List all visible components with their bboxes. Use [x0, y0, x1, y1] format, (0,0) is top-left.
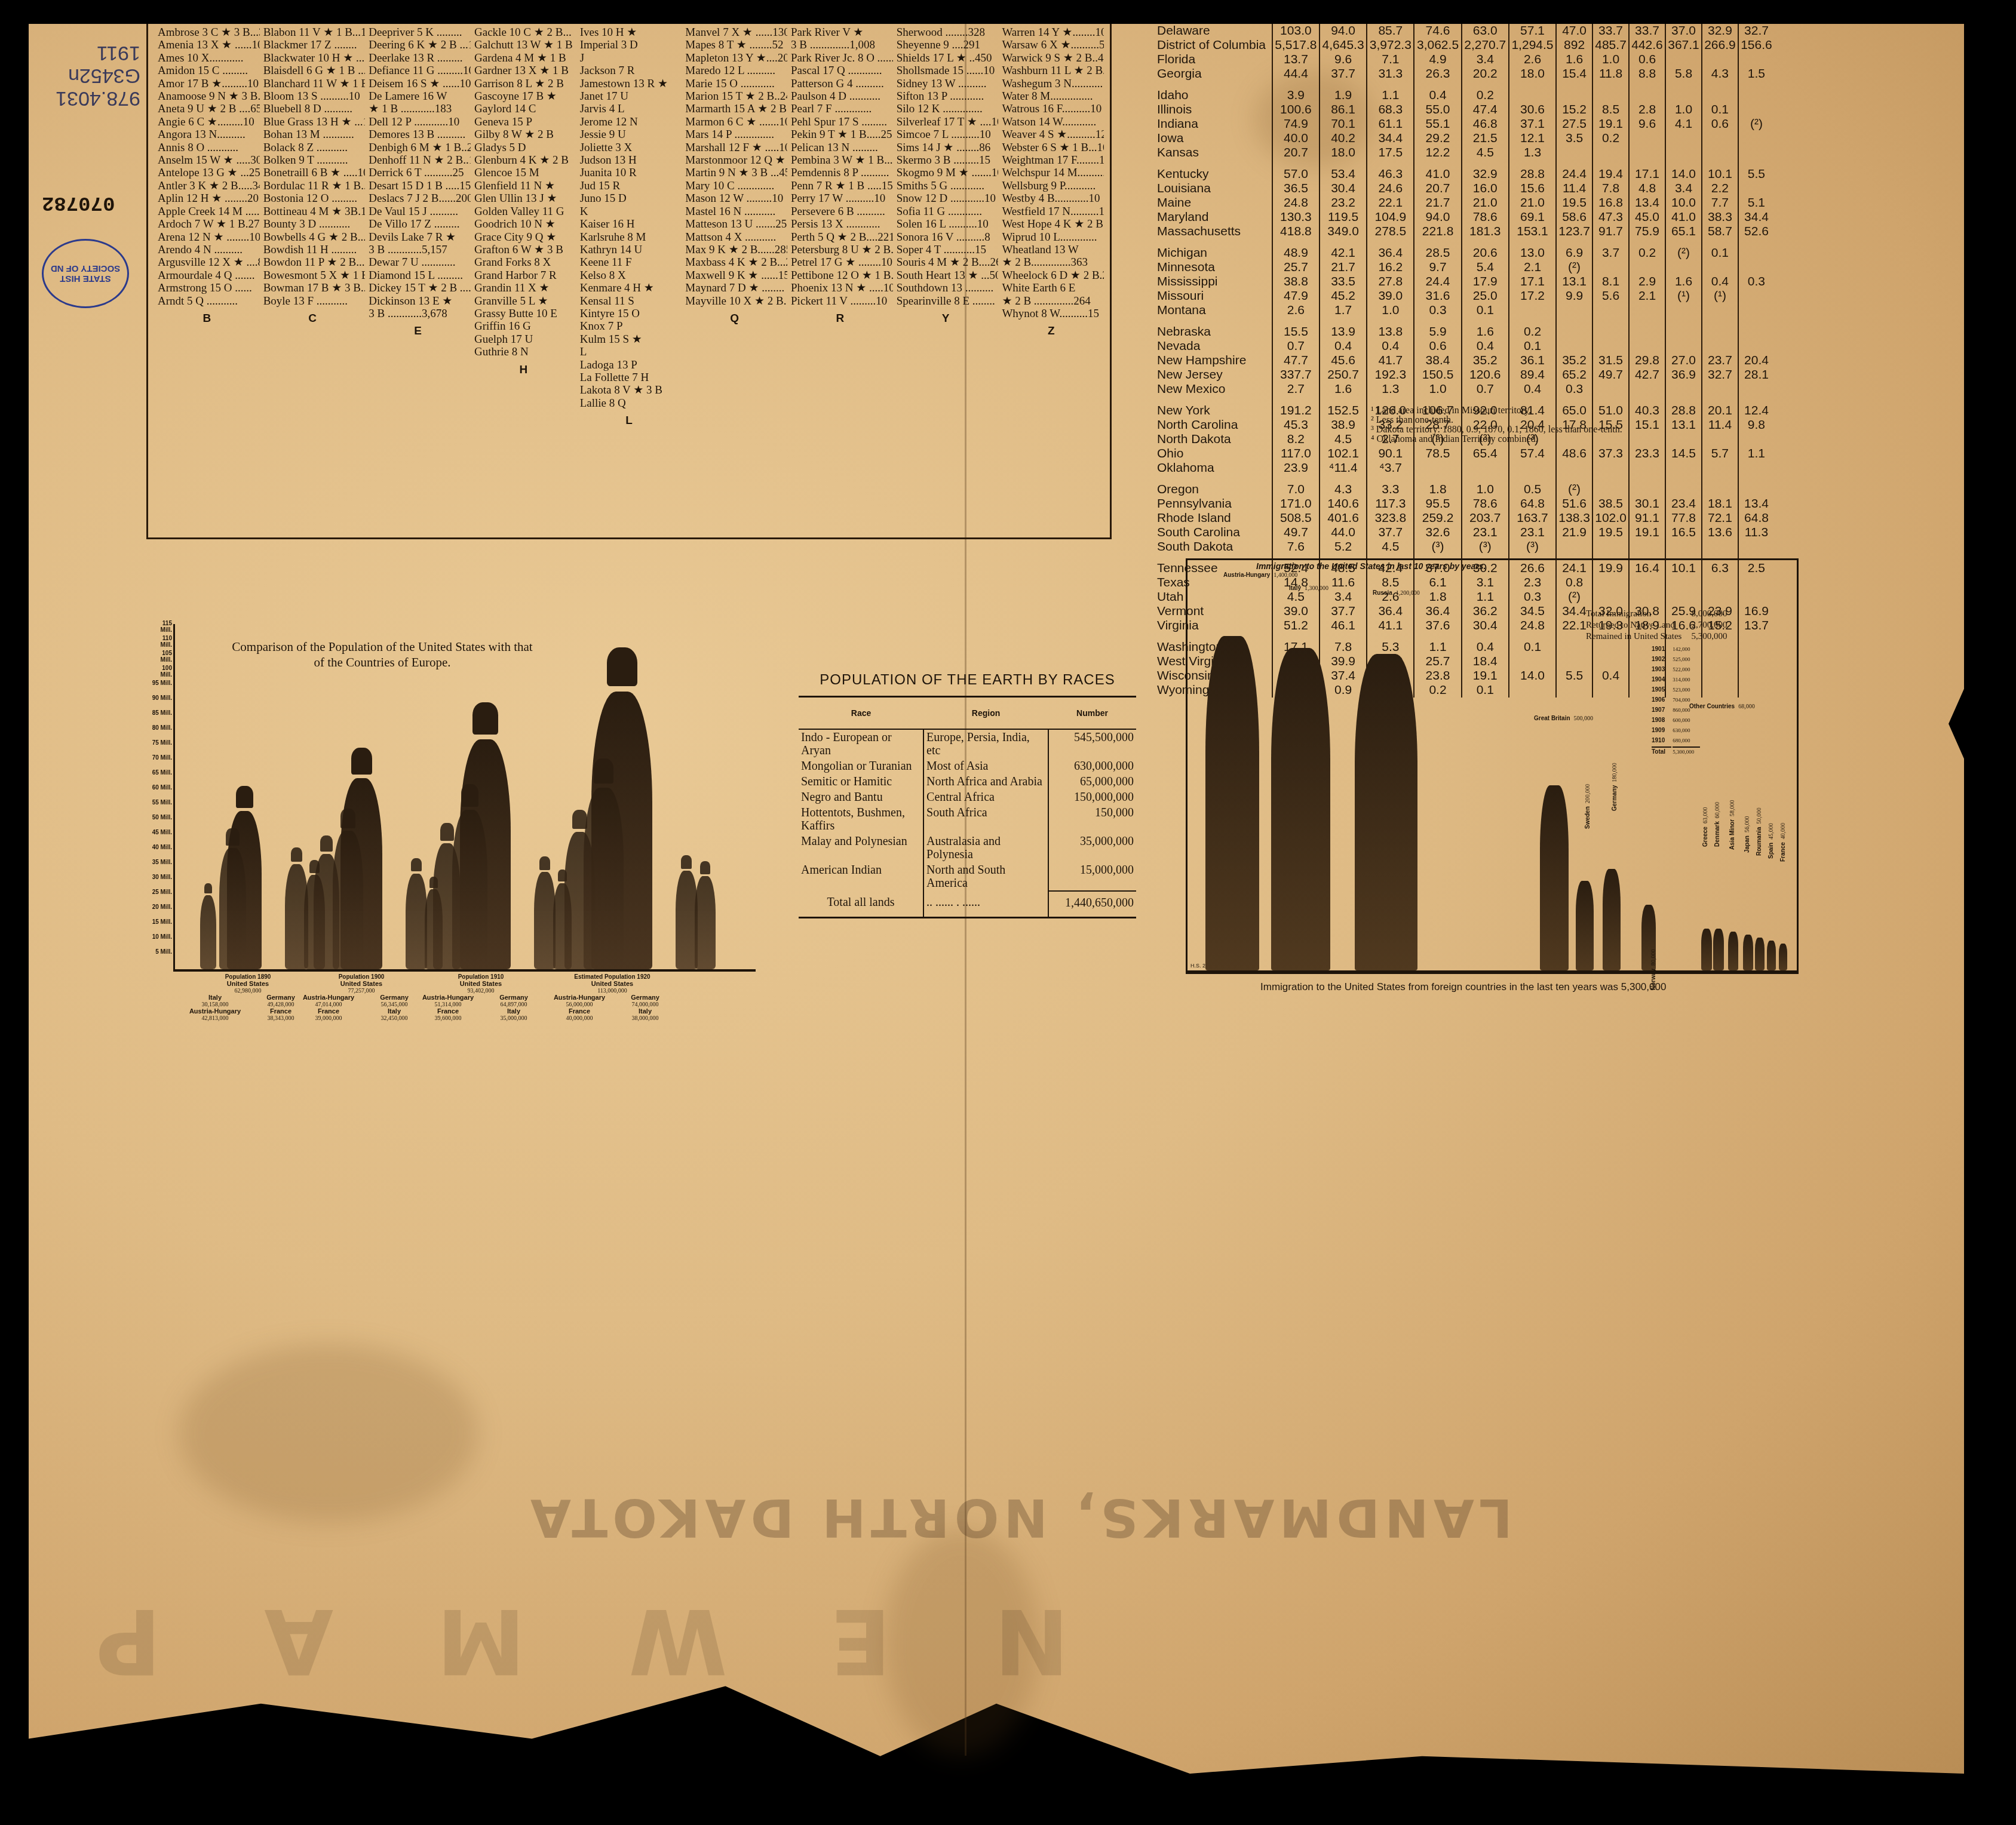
density-value: 36.9: [1665, 368, 1702, 382]
number-cell: 15,000,000: [1048, 862, 1136, 891]
gazetteer-entry: Grace City 9 Q ★: [474, 231, 573, 244]
year-row: 1910680,000: [1652, 736, 1700, 745]
country-cell: Italy30,158,000: [182, 994, 248, 1008]
us-label: United States: [547, 981, 678, 988]
density-value: [1702, 260, 1738, 275]
chart-baseline: [173, 969, 756, 972]
immigrant-figure: [1271, 648, 1330, 970]
country-name: Other Countries: [1689, 703, 1735, 710]
year: 1910: [1652, 736, 1671, 745]
density-value: 0.1: [1702, 103, 1738, 117]
country-label: Sweden200,000: [1585, 784, 1591, 829]
density-value: [1738, 540, 1774, 554]
density-value: 24.6: [1367, 182, 1414, 196]
density-value: 203.7: [1462, 511, 1509, 526]
density-value: [1629, 432, 1665, 447]
gazetteer-entry: Jerome 12 N: [580, 116, 679, 128]
density-value: 37.3: [1592, 447, 1629, 461]
gazetteer-entry: Solen 16 L ..........10: [897, 218, 995, 231]
race-cell: American Indian: [799, 862, 923, 891]
density-value: 130.3: [1272, 210, 1320, 225]
table-row: New Mexico2.71.61.31.00.70.40.3: [1156, 382, 1774, 397]
gazetteer-entry: Marshall 12 F ★ .....10: [685, 142, 784, 154]
density-value: 485.7: [1592, 38, 1629, 53]
density-value: [1738, 182, 1774, 196]
gazetteer-entry: Armstrong 15 O ......: [158, 282, 256, 294]
density-value: 8.5: [1592, 103, 1629, 117]
gazetteer-entry: Goodrich 10 N ★: [474, 218, 573, 231]
year-row: 1901142,000: [1652, 645, 1700, 654]
gazetteer-entry: Sidney 13 W ..........: [897, 78, 995, 90]
gazetteer-entry: Dickinson 13 E ★: [369, 295, 467, 308]
density-value: 1.9: [1320, 88, 1367, 103]
year-value: 142,000: [1673, 645, 1700, 654]
axis-tick: 55 Mill.: [149, 800, 172, 806]
density-value: (¹): [1702, 289, 1738, 303]
density-value: 5.6: [1592, 289, 1629, 303]
state-name: Massachusetts: [1156, 225, 1272, 239]
population-density-table: Delaware103.094.085.774.663.057.147.033.…: [1156, 24, 1774, 400]
gazetteer-entry: Deerlake 13 R .........: [369, 52, 467, 64]
density-value: 20.1: [1702, 404, 1738, 418]
gazetteer-entry: Bolken 9 T ...........: [263, 154, 362, 167]
gazetteer-entry: Maxbass 4 K ★ 2 B...240: [685, 256, 784, 269]
total-region: .. ...... . ......: [923, 891, 1048, 918]
gazetteer-entry: Pelican 13 N .........: [791, 142, 889, 154]
gazetteer-entry: Water 8 M...............: [1002, 90, 1100, 103]
gazetteer-entry: Weaver 4 S ★..........12: [1002, 128, 1100, 141]
gazetteer-entry: Weightman 17 F........10: [1002, 154, 1100, 167]
library-stamp: STATE HIST SOCIETY OF ND: [42, 239, 129, 308]
country-cell: France40,000,000: [547, 1008, 612, 1022]
gazetteer-entry: Bowbells 4 G ★ 2 B...651: [263, 231, 362, 244]
year-row: 1909630,000: [1652, 726, 1700, 735]
country-name: Austria-Hungary: [547, 994, 612, 1001]
density-value: [1665, 260, 1702, 275]
gazetteer-entry: Amor 17 B ★.........10: [158, 78, 256, 90]
density-value: 0.4: [1414, 88, 1461, 103]
density-value: 191.2: [1272, 404, 1320, 418]
density-value: 39.0: [1367, 289, 1414, 303]
density-value: [1629, 260, 1665, 275]
density-value: [1665, 339, 1702, 354]
density-value: 104.9: [1367, 210, 1414, 225]
country-value: 58,000: [1729, 800, 1736, 816]
density-value: 0.4: [1702, 275, 1738, 289]
immigrant-figure: [1205, 636, 1259, 970]
country-cell: Austria-Hungary51,314,000: [415, 994, 481, 1008]
state-name: Kansas: [1156, 146, 1272, 160]
gazetteer-entry: Granville 5 L ★: [474, 295, 573, 308]
gazetteer-entry: Skogmo 9 M ★ .......10: [897, 167, 995, 179]
density-value: 278.5: [1367, 225, 1414, 239]
col-header-number: Number: [1048, 697, 1136, 730]
density-value: (²): [1556, 483, 1592, 497]
state-name: Nebraska: [1156, 325, 1272, 339]
country-values: Austria-Hungary56,000,000Germany74,000,0…: [547, 994, 678, 1022]
gazetteer-entry: Joliette 3 X: [580, 142, 679, 154]
axis-tick: 30 Mill.: [149, 874, 172, 881]
year-value: 525,000: [1673, 655, 1700, 664]
axis-tick: 5 Mill.: [149, 949, 172, 955]
axis-tick: 115 Mill.: [149, 620, 172, 634]
gazetteer-entry: Arndt 5 Q ...........: [158, 295, 256, 308]
density-value: 7.1: [1367, 53, 1414, 67]
table-row: South Carolina49.744.037.732.623.123.121…: [1156, 526, 1774, 540]
gazetteer-entry: Juanita 10 R: [580, 167, 679, 179]
gazetteer-entry: Snow 12 D ............10: [897, 192, 995, 205]
table-row: Florida13.79.67.14.93.42.61.61.00.6: [1156, 53, 1774, 67]
density-value: 2.9: [1629, 275, 1665, 289]
density-value: 221.8: [1414, 225, 1461, 239]
country-value: 56,000: [1744, 816, 1751, 833]
gazetteer-entry: Persevere 6 B ..........: [791, 205, 889, 218]
density-value: [1629, 325, 1665, 339]
axis-tick: 90 Mill.: [149, 695, 172, 702]
density-value: 38.4: [1414, 354, 1461, 368]
density-value: 23.7: [1702, 354, 1738, 368]
density-value: 0.4: [1320, 339, 1367, 354]
gazetteer-entry: Jamestown 13 R ★: [580, 78, 679, 90]
table-row: Indiana74.970.161.155.146.837.127.519.19…: [1156, 117, 1774, 131]
country-values: Austria-Hungary47,014,000Germany56,345,0…: [296, 994, 427, 1022]
gazetteer-entry: Sonora 16 V ..........8: [897, 231, 995, 244]
gazetteer-entry: Imperial 3 D: [580, 39, 679, 51]
density-value: 11.8: [1592, 67, 1629, 81]
density-value: 1.8: [1414, 483, 1461, 497]
density-value: 27.5: [1556, 117, 1592, 131]
year-value: 600,000: [1673, 716, 1700, 725]
us-value: 93,402,000: [415, 988, 547, 994]
summary-label: Returned to Native Land: [1586, 620, 1690, 631]
density-value: 1.0: [1462, 483, 1509, 497]
gazetteer-entry: Aneta 9 U ★ 2 B ....654: [158, 103, 256, 115]
gazetteer-entry: Marmarth 15 A ★ 2 B.790: [685, 103, 784, 115]
density-value: 78.5: [1414, 447, 1461, 461]
density-value: [1738, 339, 1774, 354]
density-value: 2.6: [1272, 303, 1320, 318]
density-value: 2.7: [1272, 382, 1320, 397]
gazetteer-entry: ★ 2 B..............363: [1002, 256, 1100, 269]
immigrant-figure: [1755, 938, 1765, 970]
density-value: 8.1: [1592, 275, 1629, 289]
country-value: 39,600,000: [415, 1015, 481, 1022]
us-label: United States: [415, 981, 547, 988]
gazetteer-entry: Pembina 3 W ★ 1 B...717: [791, 154, 889, 167]
gazetteer-entry: Paulson 4 D ...........: [791, 90, 889, 103]
density-value: 120.6: [1462, 368, 1509, 382]
country-value: 45,000: [1768, 823, 1775, 840]
country-figure: [333, 831, 363, 969]
gazetteer-entry: West Hope 4 K ★ 2 B.592: [1002, 218, 1100, 231]
country-cell: Austria-Hungary42,813,000: [182, 1008, 248, 1022]
density-value: 7.0: [1272, 483, 1320, 497]
gazetteer-entry: Angie 6 C ★.........10: [158, 116, 256, 128]
density-value: 102.1: [1320, 447, 1367, 461]
country-name: Italy: [612, 1008, 678, 1015]
gazetteer-entry: Sims 14 J ★ ........86: [897, 142, 995, 154]
table-row: Nevada0.70.40.40.60.40.1: [1156, 339, 1774, 354]
density-value: 2,270.7: [1462, 38, 1509, 53]
density-value: [1665, 131, 1702, 146]
density-value: 9.6: [1320, 53, 1367, 67]
col-header-region: Region: [923, 697, 1048, 730]
density-value: 33.5: [1320, 275, 1367, 289]
state-name: District of Columbia: [1156, 38, 1272, 53]
density-value: 19.4: [1592, 167, 1629, 182]
density-value: [1665, 432, 1702, 447]
axis-tick: 20 Mill.: [149, 904, 172, 911]
density-value: 17.2: [1509, 289, 1556, 303]
density-value: 1.0: [1367, 303, 1414, 318]
gazetteer-entry: Manvel 7 X ★ ......130: [685, 26, 784, 39]
gazetteer-entry: Keene 11 F: [580, 256, 679, 269]
state-name: Missouri: [1156, 289, 1272, 303]
axis-tick: 110 Mill.: [149, 635, 172, 649]
density-value: [1665, 88, 1702, 103]
gazetteer-entry: Mattson 4 X ...........: [685, 231, 784, 244]
density-value: 32.9: [1462, 167, 1509, 182]
gazetteer-entry: Jarvis 4 L: [580, 103, 679, 115]
density-value: 1.7: [1320, 303, 1367, 318]
density-value: [1592, 303, 1629, 318]
gazetteer-entry: Pemdennis 8 P ..........: [791, 167, 889, 179]
density-value: 19.5: [1556, 196, 1592, 210]
gazetteer-entry: Pickert 11 V .........10: [791, 295, 889, 308]
density-value: 14.0: [1665, 167, 1702, 182]
density-value: [1414, 461, 1461, 475]
density-value: 15.6: [1509, 182, 1556, 196]
gazetteer-entry: Devils Lake 7 R ★: [369, 231, 467, 244]
gazetteer-entry: Maynard 7 D ★ ........: [685, 282, 784, 294]
gazetteer-column: Blabon 11 V ★ 1 B...100Blackmer 17 Z ...…: [260, 24, 366, 537]
ground-line: [1187, 970, 1797, 972]
density-value: [1556, 146, 1592, 160]
country-value: 80,000: [1650, 949, 1657, 966]
country-value: 63,000: [1702, 807, 1709, 824]
state-name: Minnesota: [1156, 260, 1272, 275]
density-value: [1665, 483, 1702, 497]
density-value: 20.2: [1462, 67, 1509, 81]
density-value: 35.2: [1462, 354, 1509, 368]
gazetteer-entry: Griffin 16 G: [474, 320, 573, 333]
density-value: 4.5: [1320, 432, 1367, 447]
gazetteer-entry: Armourdale 4 Q .......: [158, 269, 256, 282]
country-value: 68,000: [1738, 703, 1755, 710]
gazetteer-entry: ★ 2 B ..............264: [1002, 295, 1100, 308]
gazetteer-entry: Blaisdell 6 G ★ 1 B ...32: [263, 64, 362, 77]
country-name: Asia Minor: [1729, 819, 1736, 850]
density-value: 33.7: [1629, 24, 1665, 38]
year-total-label: Total: [1652, 746, 1671, 757]
table-row: New Jersey337.7250.7192.3150.5120.689.46…: [1156, 368, 1774, 382]
state-name: Illinois: [1156, 103, 1272, 117]
summary-row: Remained in United States5,300,000: [1586, 632, 1735, 642]
density-value: [1738, 461, 1774, 475]
density-value: 1.1: [1367, 88, 1414, 103]
density-value: [1702, 53, 1738, 67]
gazetteer-entry: Lallie 8 Q: [580, 397, 679, 410]
density-value: 266.9: [1702, 38, 1738, 53]
region-cell: North Africa and Arabia: [923, 774, 1048, 789]
gazetteer-entry: Dickey 15 T ★ 2 B ....187: [369, 282, 467, 294]
gazetteer-column: Gackle 10 C ★ 2 B...Galchutt 13 W ★ 1 BG…: [471, 24, 576, 537]
density-value: [1592, 260, 1629, 275]
density-value: 58.7: [1702, 225, 1738, 239]
density-value: 19.1: [1629, 526, 1665, 540]
gazetteer-column: Warren 14 Y ★........10Warsaw 6 X ★.....…: [998, 24, 1104, 537]
summary-value: 8,000,000: [1691, 609, 1735, 619]
density-value: [1462, 461, 1509, 475]
axis-tick: 45 Mill.: [149, 829, 172, 836]
density-value: 26.3: [1414, 67, 1461, 81]
summary-label: Total Immigration: [1586, 609, 1690, 619]
density-value: [1629, 483, 1665, 497]
gazetteer-entry: Warren 14 Y ★........10: [1002, 26, 1100, 39]
table-row: Malay and PolynesianAustralasia and Poly…: [799, 834, 1136, 862]
density-value: 31.3: [1367, 67, 1414, 81]
races-table: Race Region Number Indo - European or Ar…: [799, 696, 1136, 918]
density-value: 13.7: [1272, 53, 1320, 67]
gazetteer-entry: J: [580, 52, 679, 64]
density-value: 48.9: [1272, 246, 1320, 260]
density-value: [1702, 131, 1738, 146]
density-value: 45.6: [1320, 354, 1367, 368]
immigrant-figure: [1540, 785, 1569, 970]
country-name: Austria-Hungary: [1223, 572, 1270, 579]
density-value: [1509, 88, 1556, 103]
density-value: 23.9: [1272, 461, 1320, 475]
density-value: 41.0: [1414, 167, 1461, 182]
density-value: [1556, 88, 1592, 103]
density-value: 64.8: [1509, 497, 1556, 511]
country-figure: [452, 810, 487, 969]
state-name: Nevada: [1156, 339, 1272, 354]
density-value: 349.0: [1320, 225, 1367, 239]
density-value: 1.5: [1738, 67, 1774, 81]
gazetteer-entry: Gardena 4 M ★ 1 B: [474, 52, 573, 64]
density-value: 5.5: [1738, 167, 1774, 182]
density-value: 4.8: [1629, 182, 1665, 196]
gazetteer-entry: Simcoe 7 L ..........10: [897, 128, 995, 141]
density-value: 0.7: [1272, 339, 1320, 354]
density-value: 3.4: [1665, 182, 1702, 196]
density-value: 119.5: [1320, 210, 1367, 225]
density-value: 22.1: [1367, 196, 1414, 210]
gazetteer-entry: Deslacs 7 J 2 B......200: [369, 192, 467, 205]
density-value: 86.1: [1320, 103, 1367, 117]
gazetteer-entry: Knox 7 P: [580, 320, 679, 333]
table-row: Georgia44.437.731.326.320.218.015.411.88…: [1156, 67, 1774, 81]
gazetteer-entry: Desart 15 D 1 B .....15: [369, 180, 467, 192]
density-value: 5,517.8: [1272, 38, 1320, 53]
state-name: Pennsylvania: [1156, 497, 1272, 511]
country-value: 47,014,000: [296, 1001, 361, 1008]
gazetteer-entry: Soper 4 T ...........15: [897, 244, 995, 256]
density-value: 31.6: [1414, 289, 1461, 303]
us-value: 77,257,000: [296, 988, 427, 994]
density-value: 323.8: [1367, 511, 1414, 526]
density-value: 27.8: [1367, 275, 1414, 289]
race-cell: Semitic or Hamitic: [799, 774, 923, 789]
call-number: 978.4031 G3452n 1911: [51, 42, 140, 110]
country-cell: Italy38,000,000: [612, 1008, 678, 1022]
races-title: POPULATION OF THE EARTH BY RACES: [799, 672, 1136, 689]
gazetteer-entry: Defiance 11 G .........10: [369, 64, 467, 77]
gazetteer-entry: Jud 15 R: [580, 180, 679, 192]
gazetteer-entry: Petersburg 8 U ★ 2 B.353: [791, 244, 889, 256]
country-name: Denmark: [1714, 821, 1721, 847]
density-value: 47.4: [1462, 103, 1509, 117]
density-value: [1556, 339, 1592, 354]
density-value: 29.8: [1629, 354, 1665, 368]
gazetteer-entry: Webster 6 S ★ 1 B...100: [1002, 142, 1100, 154]
summary-value: 2,700,000: [1691, 620, 1735, 631]
density-value: 3,972.3: [1367, 38, 1414, 53]
gazetteer-entry: Ardoch 7 W ★ 1 B.271: [158, 218, 256, 231]
population-comparison-chart: Comparison of the Population of the Unit…: [149, 612, 747, 1000]
density-value: 0.2: [1509, 325, 1556, 339]
gazetteer-entry: Amenia 13 X ★ ......100: [158, 39, 256, 51]
density-value: 0.4: [1462, 339, 1509, 354]
number-cell: 35,000,000: [1048, 834, 1136, 862]
density-value: 0.5: [1509, 483, 1556, 497]
gazetteer-entry: Warsaw 6 X ★..........59: [1002, 39, 1100, 51]
density-value: 7.8: [1592, 182, 1629, 196]
gazetteer-entry: Wiprud 10 L.............: [1002, 231, 1100, 244]
density-value: 259.2: [1414, 511, 1461, 526]
density-value: 0.2: [1629, 246, 1665, 260]
country-label: Other Countries68,000: [1689, 703, 1755, 710]
density-value: 13.4: [1738, 497, 1774, 511]
density-value: 37.7: [1320, 67, 1367, 81]
immigration-chart: Immigration to the United States in last…: [1186, 558, 1799, 974]
gazetteer-column: Sherwood ........328Sheyenne 9 ....291Sh…: [893, 24, 999, 537]
density-value: 20.6: [1462, 246, 1509, 260]
density-value: [1629, 382, 1665, 397]
density-value: 163.7: [1509, 511, 1556, 526]
density-value: 42.1: [1320, 246, 1367, 260]
state-name: Ohio: [1156, 447, 1272, 461]
table-row: Kentucky57.053.446.341.032.928.824.419.4…: [1156, 167, 1774, 182]
table-row: Montana2.61.71.00.30.1: [1156, 303, 1774, 318]
density-value: 1.0: [1414, 382, 1461, 397]
density-value: 24.4: [1414, 275, 1461, 289]
density-value: 30.6: [1509, 103, 1556, 117]
density-value: 171.0: [1272, 497, 1320, 511]
density-value: 21.7: [1320, 260, 1367, 275]
year-value: 630,000: [1673, 726, 1700, 735]
country-name: Russia: [1373, 590, 1392, 597]
density-value: 70.1: [1320, 117, 1367, 131]
density-value: [1738, 483, 1774, 497]
gazetteer-entry: Gaylord 14 C: [474, 103, 573, 115]
density-value: 153.1: [1509, 225, 1556, 239]
country-name: Germany: [612, 994, 678, 1001]
density-value: 47.9: [1272, 289, 1320, 303]
density-value: 8.2: [1272, 432, 1320, 447]
country-cell: Austria-Hungary56,000,000: [547, 994, 612, 1008]
density-value: 27.0: [1665, 354, 1702, 368]
country-name: Italy: [1289, 585, 1301, 592]
density-value: 17.9: [1462, 275, 1509, 289]
table-row: Mongolian or TuranianMost of Asia630,000…: [799, 758, 1136, 774]
gazetteer-entry: Kelso 8 X: [580, 269, 679, 282]
year: 1902: [1652, 655, 1671, 664]
density-value: 47.7: [1272, 354, 1320, 368]
density-value: 152.5: [1320, 404, 1367, 418]
region-cell: North and South America: [923, 862, 1048, 891]
